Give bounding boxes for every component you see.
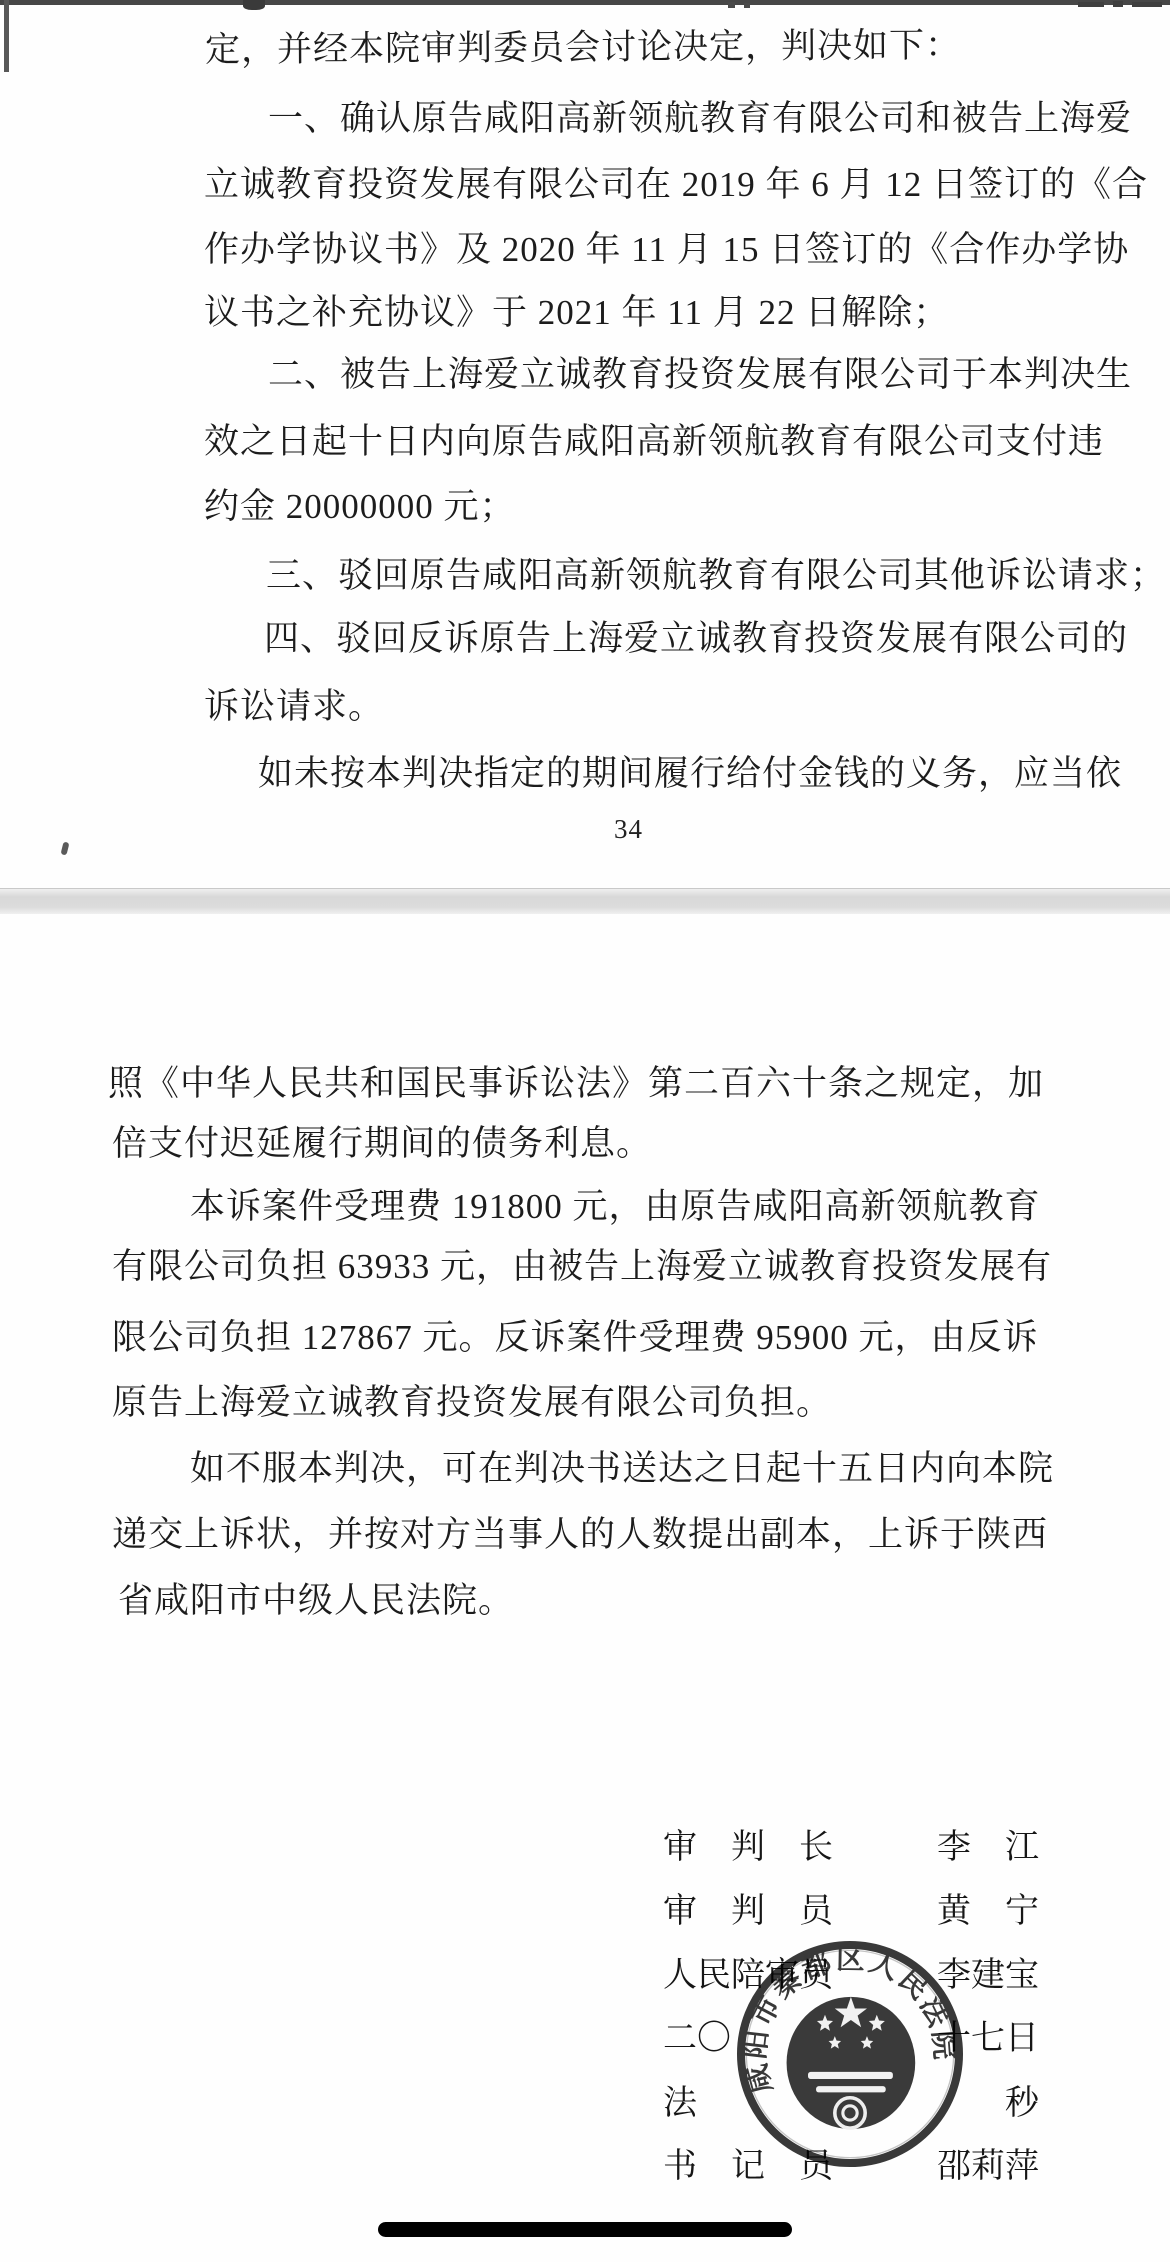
body-line: 如未按本判决指定的期间履行给付金钱的义务，应当依 [258,754,1122,794]
signature-name: 秒 [1005,2084,1039,2124]
body-line: 三、驳回原告咸阳高新领航教育有限公司其他诉讼请求； [266,556,1166,596]
scan-artifact [1078,2,1104,7]
signature-row: 审 判 长 李 江 [663,1828,1039,1868]
body-line: 四、驳回反诉原告上海爱立诚教育投资发展有限公司的 [264,619,1128,659]
body-line: 作办学协议书》及 2020 年 11 月 15 日签订的《合作办学协 [204,230,1129,270]
body-line: 倍支付迟延履行期间的债务利息。 [112,1124,652,1164]
body-line: 议书之补充协议》于 2021 年 11 月 22 日解除； [204,293,949,333]
body-line: 定，并经本院审判委员会讨论决定，判决如下： [205,26,961,71]
body-line: 效之日起十日内向原告咸阳高新领航教育有限公司支付违 [204,422,1104,462]
body-line: 原告上海爱立诚教育投资发展有限公司负担。 [112,1383,832,1423]
court-seal: 咸阳市秦都区人民法院 [716,1918,984,2190]
page-number: 34 [614,814,643,845]
body-line: 立诚教育投资发展有限公司在 2019 年 6 月 12 日签订的《合 [204,165,1148,205]
scan-artifact [61,841,70,855]
page-divider [0,888,1170,915]
scan-artifact [0,0,1170,5]
body-line: 本诉案件受理费 191800 元，由原告咸阳高新领航教育 [190,1187,1041,1227]
signature-role: 审 判 长 [663,1828,833,1868]
scan-artifact [1113,1,1123,7]
body-line: 一、确认原告咸阳高新领航教育有限公司和被告上海爱 [268,99,1132,139]
body-line: 限公司负担 127867 元。反诉案件受理费 95900 元，由反诉 [112,1318,1039,1358]
body-line: 有限公司负担 63933 元，由被告上海爱立诚教育投资发展有 [112,1247,1052,1287]
scan-artifact [4,0,9,72]
body-line: 约金 20000000 元； [204,487,516,527]
national-emblem-icon [787,1997,916,2129]
scan-artifact [243,0,265,10]
body-line: 如不服本判决，可在判决书送达之日起十五日内向本院 [190,1449,1054,1489]
home-indicator[interactable] [378,2222,792,2237]
signature-name: 李 江 [937,1828,1039,1868]
body-line: 省咸阳市中级人民法院。 [118,1581,514,1621]
body-line: 二、被告上海爱立诚教育投资发展有限公司于本判决生 [268,355,1132,395]
signature-role: 法 [663,2084,697,2124]
judgment-page-1: 定，并经本院审判委员会讨论决定，判决如下： 一、确认原告咸阳高新领航教育有限公司… [0,0,1170,888]
scan-artifact [728,2,735,8]
court-seal-graphic: 咸阳市秦都区人民法院 [716,1918,984,2190]
scan-artifact [744,3,750,8]
body-line: 递交上诉状，并按对方当事人的人数提出副本，上诉于陕西 [112,1515,1048,1555]
document-scroll-area[interactable]: 定，并经本院审判委员会讨论决定，判决如下： 一、确认原告咸阳高新领航教育有限公司… [0,0,1170,2262]
body-line: 诉讼请求。 [204,687,384,727]
body-line: 照《中华人民共和国民事诉讼法》第二百六十条之规定，加 [108,1064,1044,1104]
scan-artifact [1132,2,1162,7]
